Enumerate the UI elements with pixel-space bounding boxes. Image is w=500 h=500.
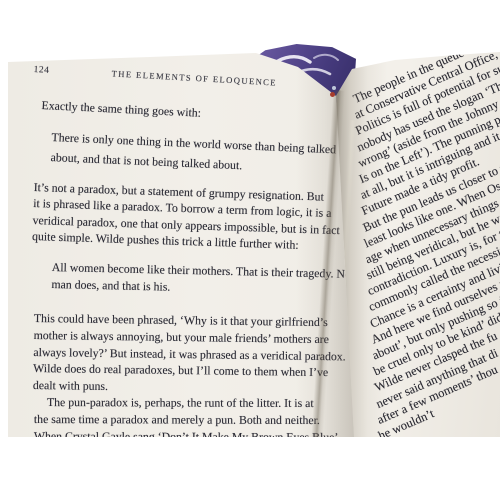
- book-photo: 124 THE ELEMENTS OF ELOQUENCE Exactly th…: [0, 0, 500, 500]
- paragraph-3: The pun-paradox is, perhaps, the runt of…: [34, 394, 339, 437]
- page-header: 124 THE ELEMENTS OF ELOQUENCE: [33, 64, 339, 92]
- cover-red-dot: [330, 92, 335, 97]
- block-quote-1: There is only one thing in the world wor…: [50, 128, 336, 179]
- paragraph-1: It’s not a paradox, but a statement of g…: [32, 179, 341, 254]
- intro-paragraph: Exactly the same thing goes with:: [41, 97, 201, 122]
- body-text-line: When Crystal Gayle sang ‘Don’t It Make M…: [34, 428, 339, 437]
- open-book: 124 THE ELEMENTS OF ELOQUENCE Exactly th…: [0, 0, 500, 437]
- spine-glint: [332, 86, 336, 90]
- body-text-line: Exactly the same thing goes with:: [41, 97, 201, 122]
- page-number: 124: [33, 65, 49, 76]
- body-text-line: The pun-paradox is, perhaps, the runt of…: [34, 394, 339, 412]
- body-text-line: the same time a paradox and merely a pun…: [34, 411, 339, 429]
